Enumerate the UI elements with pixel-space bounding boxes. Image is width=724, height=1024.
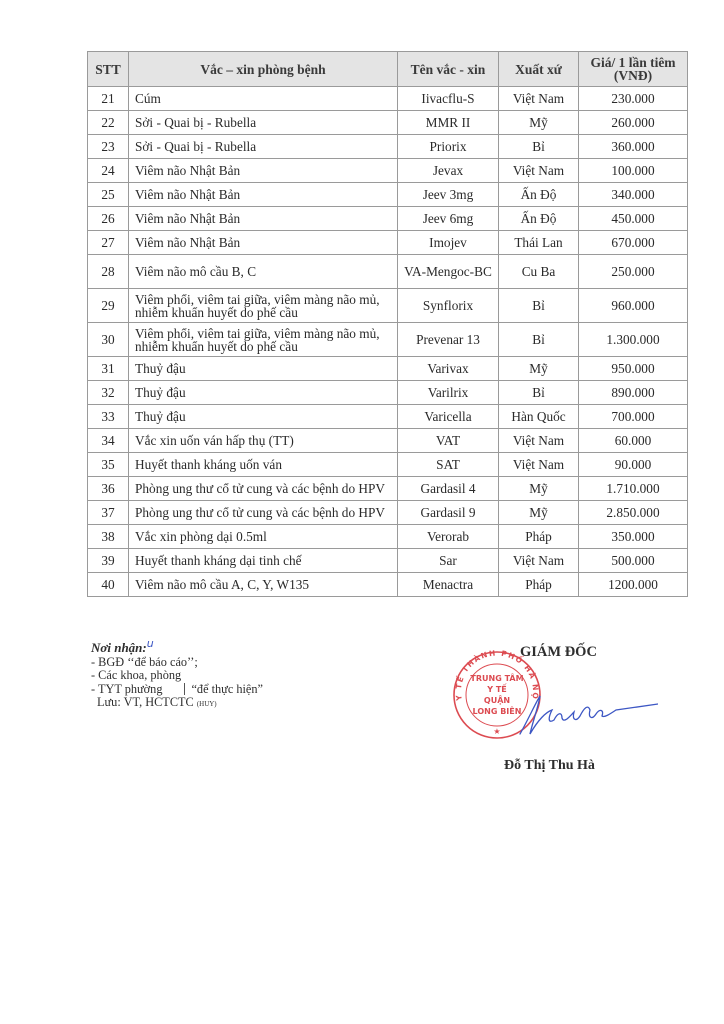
- cell-stt: 28: [88, 255, 129, 289]
- cell-origin: Thái Lan: [499, 231, 579, 255]
- cell-vaccine-name: VAT: [398, 429, 499, 453]
- cell-stt: 30: [88, 323, 129, 357]
- cell-vaccine-name: Synflorix: [398, 289, 499, 323]
- table-row: 31Thuỷ đậuVarivaxMỹ950.000: [88, 357, 688, 381]
- cell-price: 360.000: [579, 135, 688, 159]
- cell-vaccine-name: Jeev 6mg: [398, 207, 499, 231]
- cell-origin: Ấn Độ: [499, 207, 579, 231]
- cell-origin: Việt Nam: [499, 87, 579, 111]
- cell-price: 1.710.000: [579, 477, 688, 501]
- table-row: 21CúmIivacflu-SViệt Nam230.000: [88, 87, 688, 111]
- cell-origin: Pháp: [499, 525, 579, 549]
- table-row: 37Phòng ung thư cổ tử cung và các bệnh d…: [88, 501, 688, 525]
- cell-origin: Mỹ: [499, 357, 579, 381]
- cell-stt: 25: [88, 183, 129, 207]
- table-row: 34Vắc xin uốn ván hấp thụ (TT)VATViệt Na…: [88, 429, 688, 453]
- cell-stt: 38: [88, 525, 129, 549]
- cell-price: 950.000: [579, 357, 688, 381]
- stamp-line: QUẬN: [484, 695, 510, 705]
- table-row: 35Huyết thanh kháng uốn vánSATViệt Nam90…: [88, 453, 688, 477]
- cell-price: 1200.000: [579, 573, 688, 597]
- archive-line: Lưu: VT, HCTCTC (HUY): [91, 696, 263, 712]
- cell-vaccine-name: Varivax: [398, 357, 499, 381]
- table-row: 32Thuỷ đậuVarilrixBỉ890.000: [88, 381, 688, 405]
- cell-vaccine-name: MMR II: [398, 111, 499, 135]
- cell-vaccine-name: Sar: [398, 549, 499, 573]
- cell-price: 250.000: [579, 255, 688, 289]
- cell-price: 960.000: [579, 289, 688, 323]
- cell-disease: Viêm não mô cầu B, C: [129, 255, 398, 289]
- cell-vaccine-name: Imojev: [398, 231, 499, 255]
- table-header-row: STT Vắc – xin phòng bệnh Tên vắc - xin X…: [88, 52, 688, 87]
- table-row: 24Viêm não Nhật BảnJevaxViệt Nam100.000: [88, 159, 688, 183]
- cell-stt: 23: [88, 135, 129, 159]
- vaccine-price-table: STT Vắc – xin phòng bệnh Tên vắc - xin X…: [87, 51, 688, 597]
- cell-vaccine-name: Prevenar 13: [398, 323, 499, 357]
- cell-price: 500.000: [579, 549, 688, 573]
- cell-disease: Thuỷ đậu: [129, 405, 398, 429]
- cell-origin: Cu Ba: [499, 255, 579, 289]
- cell-disease: Phòng ung thư cổ tử cung và các bệnh do …: [129, 501, 398, 525]
- cell-origin: Bỉ: [499, 289, 579, 323]
- cell-origin: Mỹ: [499, 111, 579, 135]
- table-row: 25Viêm não Nhật BảnJeev 3mgẤn Độ340.000: [88, 183, 688, 207]
- stamp-line: TRUNG TÂM: [470, 672, 523, 683]
- cell-origin: Ấn Độ: [499, 183, 579, 207]
- bracket-divider: [184, 683, 185, 695]
- cell-vaccine-name: Jevax: [398, 159, 499, 183]
- cell-price: 350.000: [579, 525, 688, 549]
- cell-disease: Thuỷ đậu: [129, 357, 398, 381]
- handwritten-initial: u: [147, 637, 154, 650]
- cell-disease: Viêm não mô cầu A, C, Y, W135: [129, 573, 398, 597]
- cell-price: 260.000: [579, 111, 688, 135]
- header-origin: Xuất xứ: [499, 52, 579, 87]
- cell-disease: Viêm phổi, viêm tai giữa, viêm màng não …: [129, 289, 398, 323]
- table-row: 30Viêm phổi, viêm tai giữa, viêm màng nã…: [88, 323, 688, 357]
- recipient-line: - BGĐ ‘‘để báo cáo’’;: [91, 656, 263, 670]
- cell-stt: 31: [88, 357, 129, 381]
- recipient-purpose: “để thực hiện”: [191, 682, 263, 696]
- cell-origin: Mỹ: [499, 477, 579, 501]
- cell-disease: Phòng ung thư cổ tử cung và các bệnh do …: [129, 477, 398, 501]
- recipients-block: Nơi nhận:u - BGĐ ‘‘để báo cáo’’; - Các k…: [91, 641, 263, 712]
- cell-stt: 40: [88, 573, 129, 597]
- cell-disease: Sởi - Quai bị - Rubella: [129, 111, 398, 135]
- cell-price: 90.000: [579, 453, 688, 477]
- cell-origin: Việt Nam: [499, 159, 579, 183]
- cell-price: 340.000: [579, 183, 688, 207]
- table-row: 23Sởi - Quai bị - RubellaPriorixBỉ360.00…: [88, 135, 688, 159]
- cell-origin: Pháp: [499, 573, 579, 597]
- cell-stt: 33: [88, 405, 129, 429]
- cell-disease: Viêm não Nhật Bản: [129, 231, 398, 255]
- cell-vaccine-name: Varilrix: [398, 381, 499, 405]
- cell-origin: Việt Nam: [499, 429, 579, 453]
- cell-origin: Việt Nam: [499, 549, 579, 573]
- cell-disease: Huyết thanh kháng dại tinh chế: [129, 549, 398, 573]
- header-price-line2: (VNĐ): [614, 68, 652, 83]
- cell-stt: 26: [88, 207, 129, 231]
- cell-disease: Cúm: [129, 87, 398, 111]
- table-row: 29Viêm phổi, viêm tai giữa, viêm màng nã…: [88, 289, 688, 323]
- signature-icon: [518, 690, 658, 738]
- stamp-line: LONG BIÊN: [473, 705, 522, 716]
- cell-price: 230.000: [579, 87, 688, 111]
- cell-price: 670.000: [579, 231, 688, 255]
- cell-disease: Huyết thanh kháng uốn ván: [129, 453, 398, 477]
- cell-origin: Bỉ: [499, 323, 579, 357]
- cell-price: 60.000: [579, 429, 688, 453]
- table-row: 22Sởi - Quai bị - RubellaMMR IIMỹ260.000: [88, 111, 688, 135]
- cell-stt: 22: [88, 111, 129, 135]
- cell-stt: 24: [88, 159, 129, 183]
- cell-stt: 27: [88, 231, 129, 255]
- cell-stt: 32: [88, 381, 129, 405]
- cell-stt: 36: [88, 477, 129, 501]
- stamp-star-icon: ★: [493, 727, 500, 736]
- cell-vaccine-name: VA-Mengoc-BC: [398, 255, 499, 289]
- cell-vaccine-name: Gardasil 4: [398, 477, 499, 501]
- table-row: 27Viêm não Nhật BảnImojevThái Lan670.000: [88, 231, 688, 255]
- cell-stt: 29: [88, 289, 129, 323]
- cell-vaccine-name: Jeev 3mg: [398, 183, 499, 207]
- cell-disease: Vắc xin uốn ván hấp thụ (TT): [129, 429, 398, 453]
- recipient-line-with-purpose: - TYT phường“để thực hiện”: [91, 683, 263, 697]
- cell-disease: Viêm phổi, viêm tai giữa, viêm màng não …: [129, 323, 398, 357]
- table-body: 21CúmIivacflu-SViệt Nam230.00022Sởi - Qu…: [88, 87, 688, 597]
- cell-origin: Hàn Quốc: [499, 405, 579, 429]
- cell-vaccine-name: Priorix: [398, 135, 499, 159]
- cell-vaccine-name: Verorab: [398, 525, 499, 549]
- recipients-title: Nơi nhận:: [91, 640, 147, 655]
- cell-vaccine-name: Varicella: [398, 405, 499, 429]
- cell-origin: Bỉ: [499, 135, 579, 159]
- cell-stt: 21: [88, 87, 129, 111]
- cell-vaccine-name: Gardasil 9: [398, 501, 499, 525]
- cell-price: 890.000: [579, 381, 688, 405]
- cell-stt: 39: [88, 549, 129, 573]
- archive-note: (HUY): [197, 700, 217, 708]
- cell-origin: Mỹ: [499, 501, 579, 525]
- table-row: 26Viêm não Nhật BảnJeev 6mgẤn Độ450.000: [88, 207, 688, 231]
- cell-stt: 35: [88, 453, 129, 477]
- cell-origin: Việt Nam: [499, 453, 579, 477]
- cell-disease: Vắc xin phòng dại 0.5ml: [129, 525, 398, 549]
- cell-disease: Viêm não Nhật Bản: [129, 159, 398, 183]
- stamp-line: Y TẾ: [486, 682, 507, 694]
- recipient-line: - TYT phường: [91, 682, 162, 696]
- cell-vaccine-name: SAT: [398, 453, 499, 477]
- cell-vaccine-name: Menactra: [398, 573, 499, 597]
- director-title: GIÁM ĐỐC: [520, 644, 597, 661]
- header-stt: STT: [88, 52, 129, 87]
- cell-stt: 37: [88, 501, 129, 525]
- recipient-line: - Các khoa, phòng: [91, 669, 263, 683]
- cell-price: 2.850.000: [579, 501, 688, 525]
- table-row: 28Viêm não mô cầu B, CVA-Mengoc-BCCu Ba2…: [88, 255, 688, 289]
- header-disease: Vắc – xin phòng bệnh: [129, 52, 398, 87]
- table-row: 40Viêm não mô cầu A, C, Y, W135MenactraP…: [88, 573, 688, 597]
- table-row: 38Vắc xin phòng dại 0.5mlVerorabPháp350.…: [88, 525, 688, 549]
- cell-disease: Thuỷ đậu: [129, 381, 398, 405]
- table-row: 33Thuỷ đậuVaricellaHàn Quốc700.000: [88, 405, 688, 429]
- cell-vaccine-name: Iivacflu-S: [398, 87, 499, 111]
- table-row: 39Huyết thanh kháng dại tinh chếSarViệt …: [88, 549, 688, 573]
- header-price: Giá/ 1 lần tiêm (VNĐ): [579, 52, 688, 87]
- cell-price: 1.300.000: [579, 323, 688, 357]
- cell-disease: Viêm não Nhật Bản: [129, 207, 398, 231]
- archive-text: Lưu: VT, HCTCTC: [97, 695, 194, 709]
- cell-disease: Sởi - Quai bị - Rubella: [129, 135, 398, 159]
- cell-price: 700.000: [579, 405, 688, 429]
- cell-disease: Viêm não Nhật Bản: [129, 183, 398, 207]
- cell-origin: Bỉ: [499, 381, 579, 405]
- table-row: 36Phòng ung thư cổ tử cung và các bệnh d…: [88, 477, 688, 501]
- cell-price: 100.000: [579, 159, 688, 183]
- cell-price: 450.000: [579, 207, 688, 231]
- cell-stt: 34: [88, 429, 129, 453]
- director-name: Đỗ Thị Thu Hà: [504, 758, 595, 774]
- header-vaccine-name: Tên vắc - xin: [398, 52, 499, 87]
